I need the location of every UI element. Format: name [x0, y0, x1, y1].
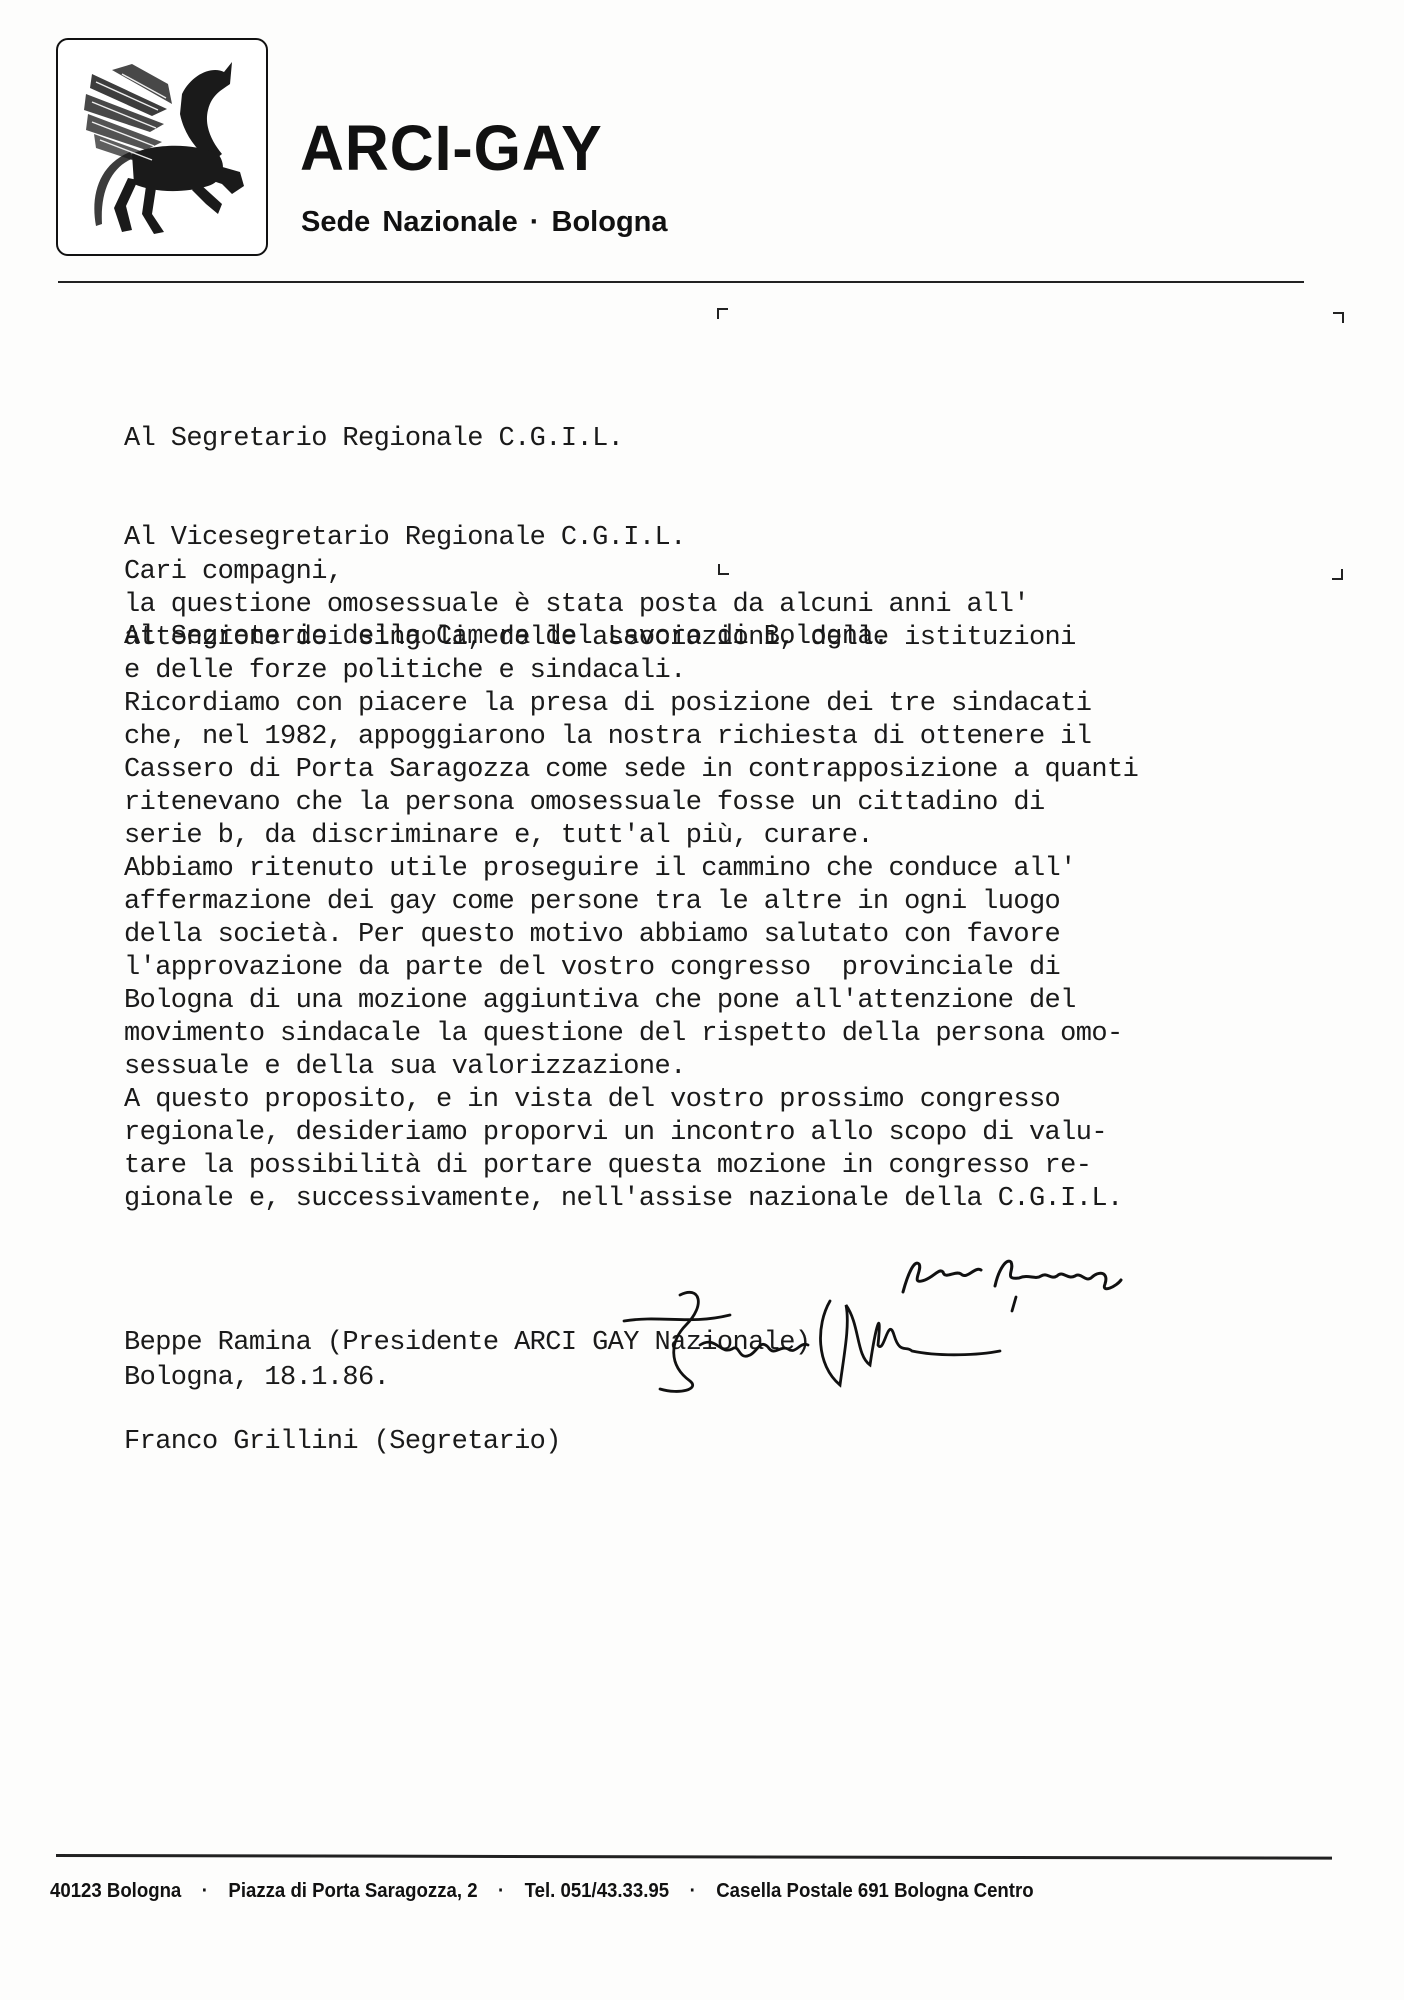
signatory-line: Franco Grillini (Segretario): [124, 1426, 811, 1459]
body-line: Ricordiamo con piacere la presa di posiz…: [124, 688, 1138, 721]
body-line: tare la possibilità di portare questa mo…: [124, 1150, 1138, 1183]
envelope-window-mark-bottom-right: [1332, 569, 1343, 580]
letter-page: ARCI-GAY Sede Nazionale · Bologna Al Seg…: [0, 0, 1404, 2000]
recipient-line: Al Vicesegretario Regionale C.G.I.L.: [124, 522, 889, 555]
organization-subtitle: Sede Nazionale · Bologna: [301, 208, 668, 237]
footer-divider: [56, 1854, 1332, 1860]
date-line: Bologna, 18.1.86.: [124, 1362, 389, 1395]
recipient-line: Al Segretario Regionale C.G.I.L.: [124, 423, 889, 456]
salutation: Cari compagni,: [124, 556, 342, 589]
body-line: affermazione dei gay come persone tra le…: [124, 886, 1138, 919]
body-line: movimento sindacale la questione del ris…: [124, 1018, 1138, 1051]
signature-grillini: [620, 1285, 1040, 1415]
envelope-window-mark-top-left: [717, 308, 728, 319]
pegasus-icon: [72, 54, 252, 244]
body-line: e delle forze politiche e sindacali.: [124, 655, 1138, 688]
footer-separator: ·: [669, 1880, 716, 1903]
body-line: Cassero di Porta Saragozza come sede in …: [124, 754, 1138, 787]
body-line: serie b, da discriminare e, tutt'al più,…: [124, 820, 1138, 853]
body-line: ritenevano che la persona omosessuale fo…: [124, 787, 1138, 820]
body-line: sessuale e della sua valorizzazione.: [124, 1051, 1138, 1084]
body-line: Abbiamo ritenuto utile proseguire il cam…: [124, 853, 1138, 886]
footer-separator: ·: [478, 1880, 525, 1903]
body-line: attenzione dei singoli, delle associazio…: [124, 622, 1138, 655]
envelope-window-mark-top-right: [1333, 312, 1344, 323]
footer-address: Piazza di Porta Saragozza, 2: [228, 1880, 477, 1903]
footer-po-box: Casella Postale 691 Bologna Centro: [716, 1880, 1033, 1903]
body-line: regionale, desideriamo proporvi un incon…: [124, 1117, 1138, 1150]
body-line: l'approvazione da parte del vostro congr…: [124, 952, 1138, 985]
logo: [56, 38, 268, 256]
body-line: A questo proposito, e in vista del vostr…: [124, 1084, 1138, 1117]
footer-separator: ·: [181, 1880, 228, 1903]
header-divider: [58, 281, 1304, 283]
body-line: che, nel 1982, appoggiarono la nostra ri…: [124, 721, 1138, 754]
body-line: della società. Per questo motivo abbiamo…: [124, 919, 1138, 952]
letter-body: la questione omosessuale è stata posta d…: [124, 589, 1138, 1216]
body-line: la questione omosessuale è stata posta d…: [124, 589, 1138, 622]
organization-name: ARCI-GAY: [300, 116, 603, 180]
body-line: gionale e, successivamente, nell'assise …: [124, 1183, 1138, 1216]
footer-postcode-city: 40123 Bologna: [50, 1880, 181, 1903]
body-line: Bologna di una mozione aggiuntiva che po…: [124, 985, 1138, 1018]
footer-phone: Tel. 051/43.33.95: [525, 1880, 669, 1903]
letterhead-footer: 40123 Bologna · Piazza di Porta Saragozz…: [50, 1880, 1259, 1903]
